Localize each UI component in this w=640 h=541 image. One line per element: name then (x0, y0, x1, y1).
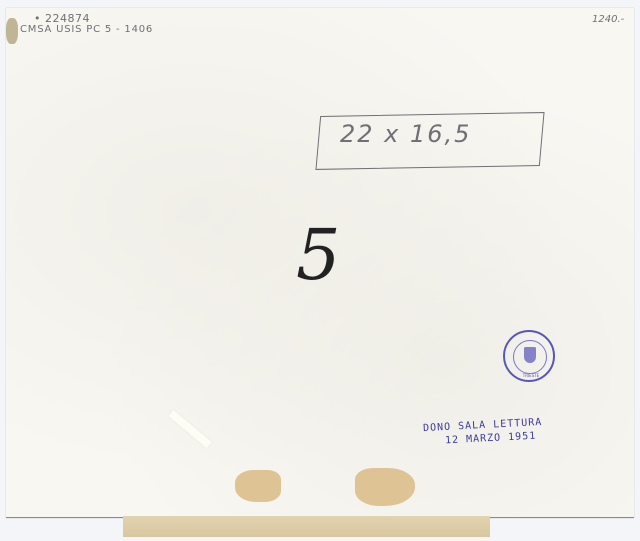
price-note: 1240.- (592, 14, 624, 25)
adhesive-patch (355, 468, 415, 506)
marker-number: 5 (296, 220, 341, 290)
seal-text: TRIESTE (505, 373, 557, 378)
archive-reference: CMSA USIS PC 5 - 1406 (20, 24, 153, 35)
adhesive-patch (235, 470, 281, 502)
dimensions-note: 22 x 16,5 (340, 120, 471, 148)
shield-emblem-icon (524, 347, 536, 363)
corner-stain (6, 18, 18, 44)
circular-seal-stamp: TRIESTE (503, 330, 555, 382)
tape-strip (123, 516, 490, 537)
